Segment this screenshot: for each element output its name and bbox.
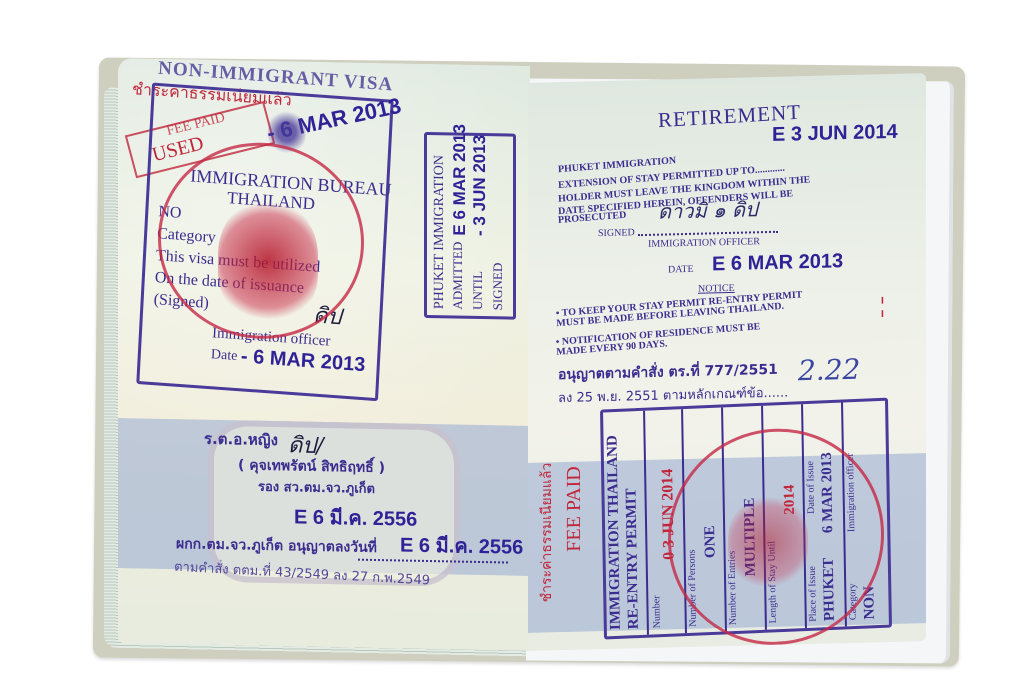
- extension-signature: ดาวมิ ๑ ดิป: [658, 193, 758, 227]
- until-label: UNTIL: [471, 271, 484, 310]
- fee-paid-label: FEE PAID: [564, 466, 584, 552]
- date-value: E 6 MAR 2013: [712, 251, 843, 274]
- handwritten-number: 2.22: [798, 353, 860, 388]
- red-tick-marks: ¦: [880, 294, 885, 316]
- permit-title-1: IMMIGRATION THAILAND: [605, 435, 623, 630]
- officer-label: IMMIGRATION OFFICER: [648, 237, 760, 250]
- officer-position: รอง สว.ตม.จว.ภูเก็ต: [258, 481, 375, 496]
- visa-stamp-date-label: Date: [211, 348, 238, 364]
- officer-rank: ร.ต.อ.หญิง: [204, 432, 278, 448]
- admitted-signed-label: SIGNED: [491, 263, 504, 311]
- permit-line: ผกก.ตม.จว.ภูเก็ต อนุญาตลงวันที่: [176, 537, 377, 555]
- left-passport-page: NON-IMMIGRANT VISA ชำระค่าธรรมเนียมแล้ว …: [118, 58, 530, 651]
- number-label: Number: [652, 595, 663, 628]
- grid-divider: [643, 411, 649, 635]
- permit-date: E 6 มี.ค. 2556: [400, 535, 523, 557]
- notice-item: • TO KEEP YOUR STAY PERMIT RE-ENTRY PERM…: [556, 289, 827, 330]
- until-date: - 3 JUN 2013: [471, 135, 488, 236]
- garuda-red-emblem-icon: [218, 200, 318, 322]
- thai-order-1: อนุญาตตามคำสั่ง ตร.ที่ 777/2551: [558, 363, 778, 382]
- admitted-stamp: PHUKET IMMIGRATION ADMITTED E 6 MAR 2013…: [424, 132, 516, 320]
- admitted-label: ADMITTED: [451, 242, 464, 310]
- visa-stamp-date-value: - 6 MAR 2013: [240, 346, 365, 375]
- extension-date: E 3 JUN 2014: [772, 122, 898, 145]
- admitted-stamp-title: PHUKET IMMIGRATION: [433, 155, 447, 309]
- admitted-date: E 6 MAR 2013: [451, 124, 468, 236]
- fee-paid-thai: ชำระค่าธรรมเนียมแล้ว: [540, 463, 554, 603]
- date-label: DATE: [668, 265, 694, 276]
- permit-title-2: RE-ENTRY PERMIT: [624, 488, 641, 630]
- signed-label: SIGNED: [598, 228, 635, 239]
- right-passport-page: RETIREMENT E 3 JUN 2014 PHUKET IMMIGRATI…: [528, 73, 926, 651]
- garuda-red-emblem-icon: [728, 496, 808, 588]
- officer-name: ( คุจเทพรัตน์ สิทธิฤทธิ์ ): [238, 458, 385, 475]
- notice-title: NOTICE: [698, 284, 735, 295]
- officer-stamp-date: E 6 มี.ค. 2556: [294, 507, 417, 529]
